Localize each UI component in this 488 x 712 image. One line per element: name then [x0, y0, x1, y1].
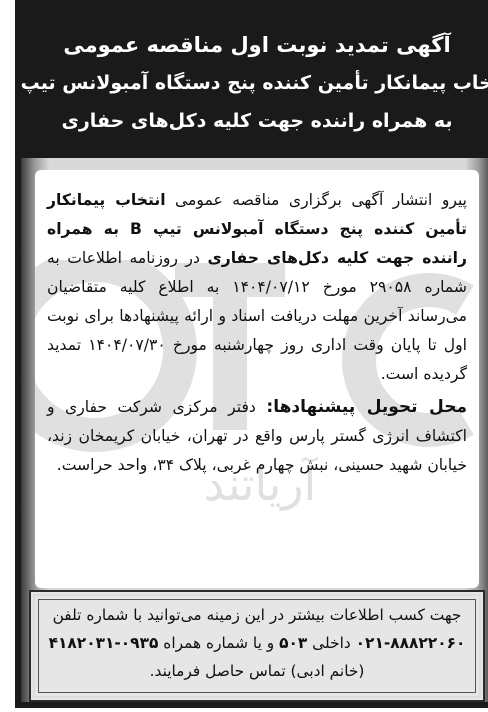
announcement-paragraph: پیرو انتشار آگهی برگزاری مناقصه عمومی ان…	[32, 186, 452, 389]
delivery-location-paragraph: محل تحویل پیشنهادها: دفتر مرکزی شرکت حفا…	[32, 393, 452, 480]
ad-title: آگهی تمدید نوبت اول مناقصه عمومی	[48, 26, 435, 64]
extension-text: در روزنامه اطلاعات به شماره ۲۹۰۵۸ مورخ ۱…	[32, 249, 452, 383]
ad-body: آریاتند پیرو انتشار آگهی برگزاری مناقصه …	[20, 170, 464, 588]
tender-advertisement: آگهی تمدید نوبت اول مناقصه عمومی انتخاب …	[0, 0, 484, 708]
extension-number: ۵۰۳	[264, 634, 292, 652]
contact-closing: (خانم ادبی) تماس حاصل فرمایند.	[135, 657, 350, 685]
mobile-number: ۰۹۳۵-۴۱۸۲۰۳۱	[34, 634, 144, 652]
contact-numbers: ۰۲۱-۸۸۸۲۲۰۶۰ داخلی ۵۰۳ و یا شماره همراه …	[34, 629, 451, 657]
phone-number: ۰۲۱-۸۸۸۲۲۰۶۰	[341, 634, 451, 652]
mobile-label: و یا شماره همراه	[148, 634, 259, 652]
ad-subtitle-line-1: انتخاب پیمانکار تأمین کننده پنج دستگاه آ…	[0, 64, 488, 102]
contact-box: جهت کسب اطلاعات بیشتر در این زمینه می‌تو…	[14, 590, 470, 702]
delivery-label: محل تحویل پیشنهادها:	[251, 397, 452, 417]
ad-subtitle-line-2: به همراه راننده جهت کلیه دکل‌های حفاری	[46, 102, 437, 140]
extension-label: داخلی	[297, 634, 336, 652]
intro-text: پیرو انتشار آگهی برگزاری مناقصه عمومی	[160, 191, 452, 209]
ad-header: آگهی تمدید نوبت اول مناقصه عمومی انتخاب …	[0, 0, 484, 158]
contact-intro: جهت کسب اطلاعات بیشتر در این زمینه می‌تو…	[38, 601, 447, 629]
